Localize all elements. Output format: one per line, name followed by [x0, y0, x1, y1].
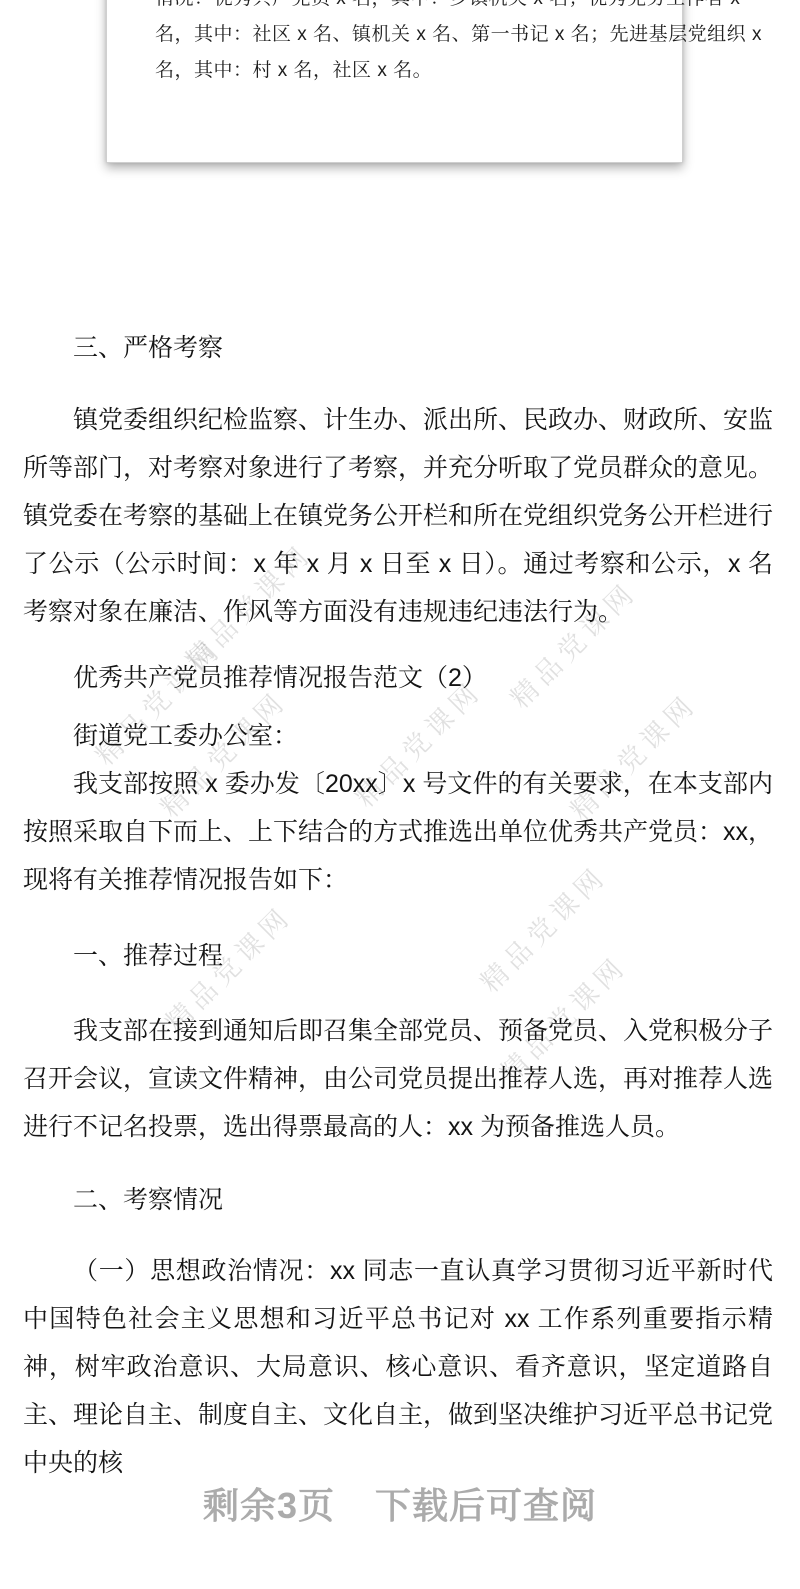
doc-heading: 二、考察情况 — [23, 1176, 773, 1224]
document-page-preview: 情况：优秀共产党员 x 名，其中：乡镇机关 x 名；优秀党务工作者 x 名，其中… — [106, 0, 683, 163]
remaining-pages-notice: 剩余3页下载后可查阅 — [0, 1484, 800, 1528]
doc-paragraph: 街道党工委办公室： — [23, 712, 773, 760]
doc-paragraph: 镇党委组织纪检监察、计生办、派出所、民政办、财政所、安监所等部门，对考察对象进行… — [23, 396, 773, 636]
doc-heading: 三、严格考察 — [23, 324, 773, 372]
preview-text-block: 情况：优秀共产党员 x 名，其中：乡镇机关 x 名；优秀党务工作者 x 名，其中… — [107, 0, 682, 89]
remaining-pages-count: 剩余3页 — [203, 1485, 335, 1526]
download-to-view-hint: 下载后可查阅 — [375, 1485, 597, 1526]
doc-heading: 一、推荐过程 — [23, 932, 773, 980]
document-preview-page: { "preview_card": { "lines": [ "情况：优秀共产党… — [0, 0, 800, 1589]
preview-line: 名，其中：社区 x 名、镇机关 x 名、第一书记 x 名；先进基层党组织 x — [155, 17, 636, 53]
doc-paragraph: 优秀共产党员推荐情况报告范文（2） — [23, 654, 773, 702]
doc-paragraph: 我支部在接到通知后即召集全部党员、预备党员、入党积极分子召开会议，宣读文件精神，… — [23, 1007, 773, 1151]
doc-paragraph: （一）思想政治情况：xx 同志一直认真学习贯彻习近平新时代中国特色社会主义思想和… — [23, 1247, 773, 1487]
preview-line: 情况：优秀共产党员 x 名，其中：乡镇机关 x 名；优秀党务工作者 x — [155, 0, 636, 17]
preview-line: 名，其中：村 x 名，社区 x 名。 — [155, 53, 636, 89]
doc-paragraph: 我支部按照 x 委办发〔20xx〕x 号文件的有关要求，在本支部内按照采取自下而… — [23, 760, 773, 904]
document-body: 三、严格考察 镇党委组织纪检监察、计生办、派出所、民政办、财政所、安监所等部门，… — [0, 324, 800, 1487]
